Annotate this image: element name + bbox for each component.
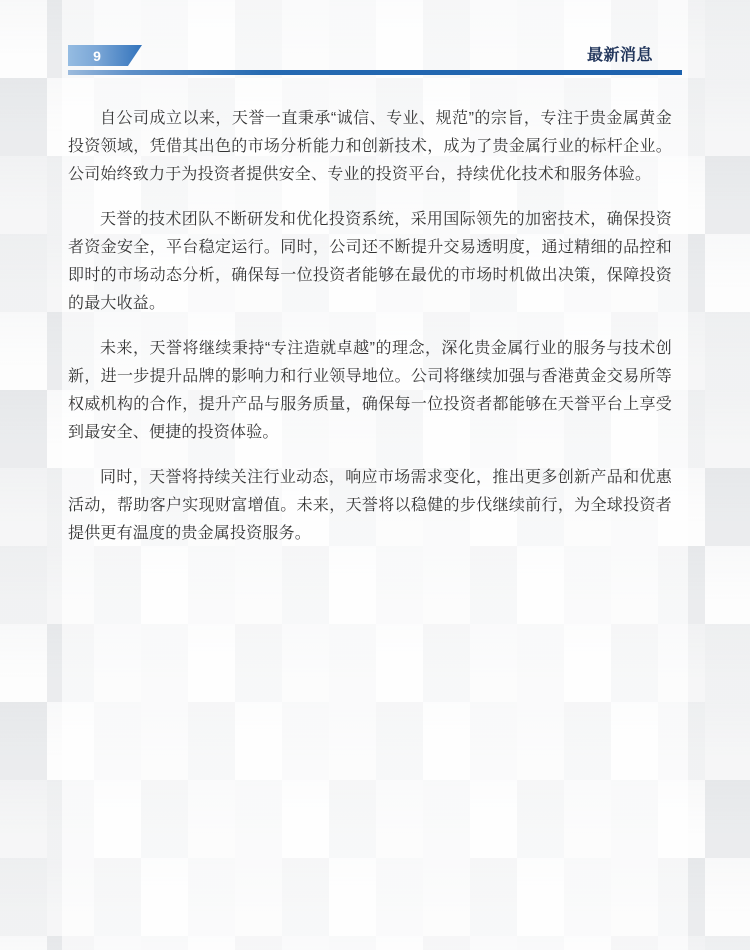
- paragraph-2: 天誉的技术团队不断研发和优化投资系统，采用国际领先的加密技术，确保投资者资金安全…: [68, 206, 672, 318]
- paragraph-4: 同时，天誉将持续关注行业动态，响应市场需求变化，推出更多创新产品和优惠活动，帮助…: [68, 464, 672, 548]
- page-content: 自公司成立以来，天誉一直秉承“诚信、专业、规范”的宗旨，专注于贵金属黄金投资领域…: [68, 75, 682, 548]
- document-page: 9 最新消息 自公司成立以来，天誉一直秉承“诚信、专业、规范”的宗旨，专注于贵金…: [62, 0, 688, 950]
- page-number-badge: 9: [68, 45, 142, 66]
- paragraph-1: 自公司成立以来，天誉一直秉承“诚信、专业、规范”的宗旨，专注于贵金属黄金投资领域…: [68, 105, 672, 189]
- page-number: 9: [93, 49, 101, 63]
- mosaic-background: 9 最新消息 自公司成立以来，天誉一直秉承“诚信、专业、规范”的宗旨，专注于贵金…: [0, 0, 750, 950]
- paragraph-3: 未来，天誉将继续秉持“专注造就卓越”的理念，深化贵金属行业的服务与技术创新，进一…: [68, 335, 672, 447]
- section-title: 最新消息: [587, 45, 653, 66]
- page-header: 9 最新消息: [68, 0, 682, 70]
